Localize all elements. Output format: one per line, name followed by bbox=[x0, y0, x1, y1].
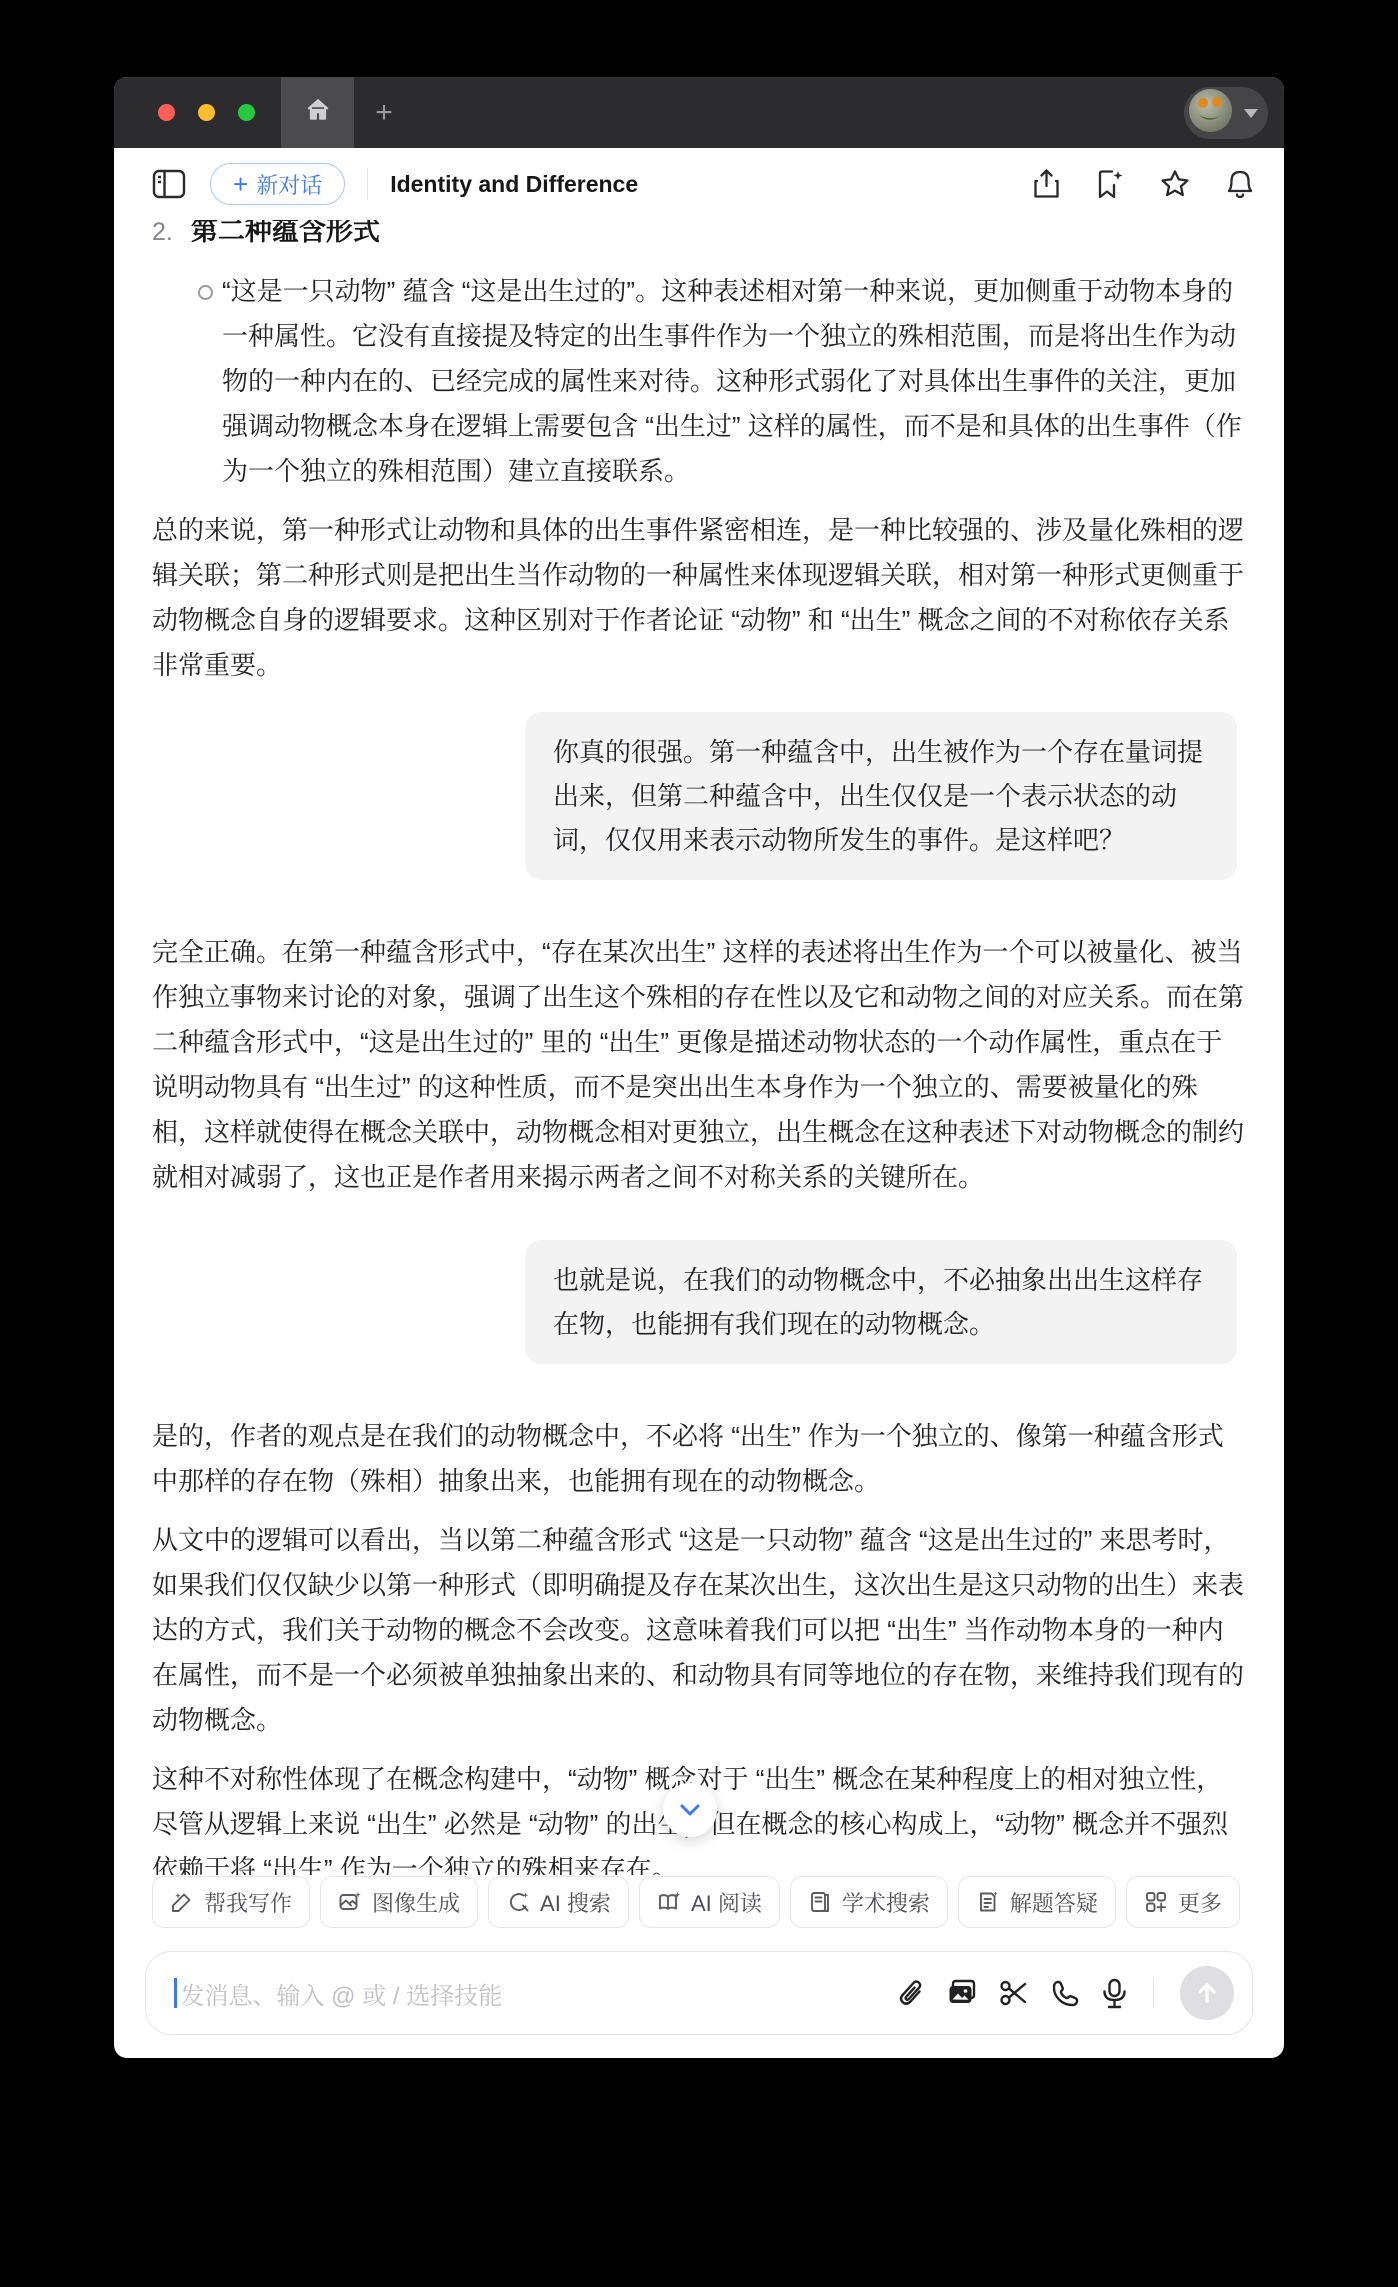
paperclip-icon bbox=[898, 1978, 925, 2008]
message-composer[interactable]: 发消息、输入 @ 或 / 选择技能 bbox=[145, 1951, 1253, 2035]
skill-toolbar: 帮我写作 图像生成 AI 搜索 AI 阅读 学术搜索 解题答疑 更多 bbox=[114, 1875, 1284, 1929]
avatar bbox=[1189, 89, 1232, 137]
screenshot-button[interactable] bbox=[999, 1978, 1029, 2008]
close-window-button[interactable] bbox=[158, 104, 175, 121]
chip-image-generation[interactable]: 图像生成 bbox=[320, 1876, 478, 1928]
account-menu[interactable] bbox=[1184, 87, 1268, 139]
star-button[interactable] bbox=[1160, 169, 1190, 199]
assistant-bullet-item: “这是一只动物” 蕴含 “这是出生过的”。这种表述相对第一种来说，更加侧重于动物… bbox=[152, 269, 1246, 494]
chip-label: 解题答疑 bbox=[1010, 1887, 1098, 1918]
image-gen-icon bbox=[338, 1890, 362, 1914]
section-heading: 2. 第二种蕴含形式 bbox=[114, 220, 1284, 255]
header-divider bbox=[367, 168, 368, 200]
academic-search-icon bbox=[808, 1890, 832, 1914]
user-message-bubble: 你真的很强。第一种蕴含中，出生被作为一个存在量词提出来，但第二种蕴含中，出生仅仅… bbox=[525, 712, 1237, 880]
composer-placeholder: 发消息、输入 @ 或 / 选择技能 bbox=[181, 1976, 899, 2011]
composer-actions bbox=[898, 1966, 1234, 2020]
new-chat-button[interactable]: + 新对话 bbox=[210, 163, 345, 205]
attach-file-button[interactable] bbox=[898, 1978, 925, 2008]
chip-label: 更多 bbox=[1178, 1887, 1222, 1918]
header-actions bbox=[1033, 169, 1254, 199]
user-message-bubble: 也就是说，在我们的动物概念中，不必抽象出出生这样存在物，也能拥有我们现在的动物概… bbox=[525, 1240, 1237, 1364]
text-caret bbox=[174, 1978, 177, 2008]
chip-academic-search[interactable]: 学术搜索 bbox=[790, 1876, 948, 1928]
chat-scroll-area[interactable]: 2. 第二种蕴含形式 “这是一只动物” 蕴含 “这是出生过的”。这种表述相对第一… bbox=[114, 220, 1284, 1875]
chevron-down-icon bbox=[677, 1797, 703, 1823]
scroll-to-bottom-button[interactable] bbox=[663, 1783, 717, 1837]
notification-bell-button[interactable] bbox=[1226, 169, 1254, 199]
chip-solve-questions[interactable]: 解题答疑 bbox=[958, 1876, 1116, 1928]
chip-label: 帮我写作 bbox=[204, 1887, 292, 1918]
new-chat-label: 新对话 bbox=[256, 169, 322, 200]
conversation-title: Identity and Difference bbox=[390, 171, 638, 198]
chip-more[interactable]: 更多 bbox=[1126, 1876, 1240, 1928]
chip-label: 图像生成 bbox=[372, 1887, 460, 1918]
solve-question-icon bbox=[976, 1890, 1000, 1914]
voice-input-button[interactable] bbox=[1102, 1978, 1127, 2009]
image-upload-button[interactable] bbox=[947, 1979, 977, 2007]
phone-icon bbox=[1051, 1979, 1080, 2008]
plus-icon: + bbox=[233, 171, 248, 197]
new-tab-button[interactable]: + bbox=[354, 77, 414, 148]
chip-label: 学术搜索 bbox=[842, 1887, 930, 1918]
app-window: + + 新对话 Identity and Difference bbox=[114, 77, 1284, 2058]
composer-divider bbox=[1153, 1978, 1154, 2008]
voice-call-button[interactable] bbox=[1051, 1979, 1080, 2008]
chip-help-me-write[interactable]: 帮我写作 bbox=[152, 1876, 310, 1928]
zoom-window-button[interactable] bbox=[238, 104, 255, 121]
more-grid-icon bbox=[1144, 1890, 1168, 1914]
microphone-icon bbox=[1102, 1978, 1127, 2009]
home-tab[interactable] bbox=[281, 77, 354, 148]
user-message-row: 也就是说，在我们的动物概念中，不必抽象出出生这样存在物，也能拥有我们现在的动物概… bbox=[114, 1240, 1284, 1364]
ai-search-icon bbox=[506, 1890, 530, 1914]
chip-ai-search[interactable]: AI 搜索 bbox=[488, 1876, 629, 1928]
bookmark-sparkle-button[interactable] bbox=[1096, 169, 1124, 199]
chip-label: AI 阅读 bbox=[691, 1887, 762, 1918]
browser-tab-bar: + bbox=[114, 77, 1284, 148]
minimize-window-button[interactable] bbox=[198, 104, 215, 121]
write-pen-icon bbox=[170, 1890, 194, 1914]
scissors-icon bbox=[999, 1978, 1029, 2008]
user-message-row: 你真的很强。第一种蕴含中，出生被作为一个存在量词提出来，但第二种蕴含中，出生仅仅… bbox=[114, 712, 1284, 880]
heading-number: 2. bbox=[152, 220, 173, 255]
assistant-paragraph: 总的来说，第一种形式让动物和具体的出生事件紧密相连，是一种比较强的、涉及量化殊相… bbox=[152, 508, 1246, 688]
chip-label: AI 搜索 bbox=[540, 1887, 611, 1918]
ai-read-icon bbox=[657, 1890, 681, 1914]
sidebar-toggle-button[interactable] bbox=[152, 169, 186, 199]
share-button[interactable] bbox=[1033, 169, 1060, 199]
chip-ai-reading[interactable]: AI 阅读 bbox=[639, 1876, 780, 1928]
arrow-up-icon bbox=[1194, 1980, 1220, 2006]
chevron-down-icon bbox=[1244, 109, 1258, 118]
assistant-paragraph: 从文中的逻辑可以看出，当以第二种蕴含形式 “这是一只动物” 蕴含 “这是出生过的… bbox=[152, 1518, 1246, 1743]
photo-icon bbox=[947, 1979, 977, 2007]
assistant-paragraph: 完全正确。在第一种蕴含形式中，“存在某次出生” 这样的表述将出生作为一个可以被量… bbox=[152, 930, 1246, 1200]
send-button[interactable] bbox=[1180, 1966, 1234, 2020]
heading-text: 第二种蕴含形式 bbox=[191, 220, 380, 251]
home-icon bbox=[305, 97, 331, 128]
chat-header: + 新对话 Identity and Difference bbox=[114, 148, 1284, 220]
assistant-paragraph: 是的，作者的观点是在我们的动物概念中，不必将 “出生” 作为一个独立的、像第一种… bbox=[152, 1414, 1246, 1504]
traffic-lights bbox=[114, 77, 255, 148]
